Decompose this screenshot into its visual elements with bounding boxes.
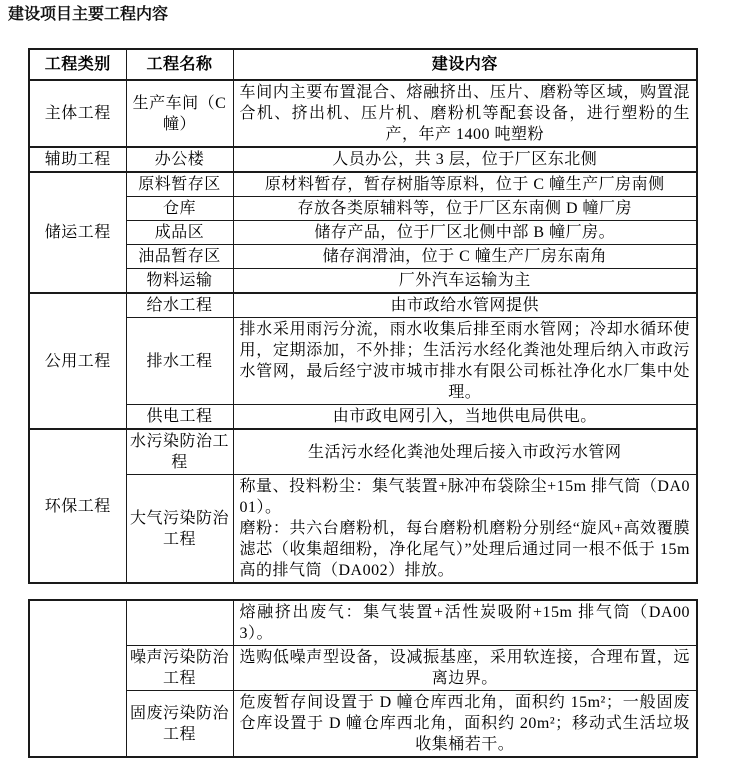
category-cell: 主体工程 (29, 80, 126, 147)
table-row: 环保工程水污染防治工程生活污水经化粪池处理后接入市政污水管网 (29, 429, 697, 475)
project-name-cell: 油品暂存区 (126, 245, 233, 269)
category-cell: 公用工程 (29, 293, 126, 429)
content-cell: 熔融挤出废气：集气装置+活性炭吸附+15m 排气筒（DA003）。 (233, 600, 697, 646)
table-row: 大气污染防治工程称量、投料粉尘：集气装置+脉冲布袋除尘+15m 排气筒（DA00… (29, 475, 697, 584)
content-paragraph: 由市政给水管网提供 (240, 295, 691, 316)
content-paragraph: 储存产品，位于厂区北侧中部 B 幢厂房。 (240, 222, 691, 243)
content-cell: 选购低噪声型设备，设减振基座，采用软连接，合理布置，远离边界。 (233, 646, 697, 691)
project-name-cell: 给水工程 (126, 293, 233, 318)
project-name-cell: 成品区 (126, 221, 233, 245)
table-header-row: 工程类别工程名称建设内容 (29, 49, 697, 80)
table-row: 熔融挤出废气：集气装置+活性炭吸附+15m 排气筒（DA003）。 (29, 600, 697, 646)
project-name-cell: 水污染防治工程 (126, 429, 233, 475)
table-body: 主体工程生产车间（C幢）车间内主要布置混合、熔融挤出、压片、磨粉等区域，购置混合… (29, 80, 697, 583)
table-row: 供电工程由市政电网引入，当地供电局供电。 (29, 405, 697, 430)
column-header-1: 工程类别 (29, 49, 126, 80)
content-paragraph: 存放各类原辅料等，位于厂区东南侧 D 幢厂房 (240, 198, 691, 219)
table-row: 成品区储存产品，位于厂区北侧中部 B 幢厂房。 (29, 221, 697, 245)
content-cell: 储存润滑油，位于 C 幢生产厂房东南角 (233, 245, 697, 269)
table-row: 排水工程排水采用雨污分流，雨水收集后排至雨水管网；冷却水循环使用，定期添加，不外… (29, 318, 697, 405)
page-title: 建设项目主要工程内容 (8, 6, 736, 24)
table-row: 仓库存放各类原辅料等，位于厂区东南侧 D 幢厂房 (29, 197, 697, 221)
table-body: 熔融挤出废气：集气装置+活性炭吸附+15m 排气筒（DA003）。噪声污染防治工… (29, 600, 697, 757)
main-table: 工程类别工程名称建设内容 主体工程生产车间（C幢）车间内主要布置混合、熔融挤出、… (28, 48, 698, 584)
table-row: 物料运输厂外汽车运输为主 (29, 269, 697, 294)
content-paragraph: 厂外汽车运输为主 (240, 270, 691, 291)
table-row: 公用工程给水工程由市政给水管网提供 (29, 293, 697, 318)
continuation-table: 熔融挤出废气：集气装置+活性炭吸附+15m 排气筒（DA003）。噪声污染防治工… (28, 599, 698, 758)
project-name-cell: 仓库 (126, 197, 233, 221)
content-cell: 存放各类原辅料等，位于厂区东南侧 D 幢厂房 (233, 197, 697, 221)
content-paragraph: 原材料暂存，暂存树脂等原料，位于 C 幢生产厂房南侧 (240, 174, 691, 195)
document-page: 建设项目主要工程内容 工程类别工程名称建设内容 主体工程生产车间（C幢）车间内主… (0, 0, 736, 779)
content-cell: 由市政电网引入，当地供电局供电。 (233, 405, 697, 430)
column-header-2: 工程名称 (126, 49, 233, 80)
content-cell: 由市政给水管网提供 (233, 293, 697, 318)
content-cell: 生活污水经化粪池处理后接入市政污水管网 (233, 429, 697, 475)
table-row: 储运工程原料暂存区原材料暂存，暂存树脂等原料，位于 C 幢生产厂房南侧 (29, 172, 697, 197)
content-paragraph: 称量、投料粉尘：集气装置+脉冲布袋除尘+15m 排气筒（DA001）。 (240, 476, 691, 518)
content-paragraph: 人员办公，共 3 层，位于厂区东北侧 (240, 149, 691, 170)
project-name-cell: 排水工程 (126, 318, 233, 405)
content-paragraph: 车间内主要布置混合、熔融挤出、压片、磨粉等区域，购置混合机、挤出机、压片机、磨粉… (240, 82, 691, 145)
table-row: 噪声污染防治工程选购低噪声型设备，设减振基座，采用软连接，合理布置，远离边界。 (29, 646, 697, 691)
content-cell: 称量、投料粉尘：集气装置+脉冲布袋除尘+15m 排气筒（DA001）。磨粉：共六… (233, 475, 697, 584)
category-cell: 辅助工程 (29, 147, 126, 172)
category-cell: 储运工程 (29, 172, 126, 293)
project-name-cell: 物料运输 (126, 269, 233, 294)
table-row: 辅助工程办公楼人员办公，共 3 层，位于厂区东北侧 (29, 147, 697, 172)
content-cell: 储存产品，位于厂区北侧中部 B 幢厂房。 (233, 221, 697, 245)
content-paragraph: 生活污水经化粪池处理后接入市政污水管网 (240, 442, 691, 463)
table-row: 油品暂存区储存润滑油，位于 C 幢生产厂房东南角 (29, 245, 697, 269)
content-paragraph: 熔融挤出废气：集气装置+活性炭吸附+15m 排气筒（DA003）。 (240, 602, 691, 644)
content-paragraph: 由市政电网引入，当地供电局供电。 (240, 406, 691, 427)
category-cell: 环保工程 (29, 429, 126, 583)
project-name-cell (126, 600, 233, 646)
column-header-3: 建设内容 (233, 49, 697, 80)
header-row: 工程类别工程名称建设内容 (29, 49, 697, 80)
content-paragraph: 排水采用雨污分流，雨水收集后排至雨水管网；冷却水循环使用，定期添加，不外排；生活… (240, 319, 691, 403)
content-cell: 排水采用雨污分流，雨水收集后排至雨水管网；冷却水循环使用，定期添加，不外排；生活… (233, 318, 697, 405)
category-cell (29, 600, 126, 757)
content-cell: 原材料暂存，暂存树脂等原料，位于 C 幢生产厂房南侧 (233, 172, 697, 197)
project-name-cell: 生产车间（C幢） (126, 80, 233, 147)
project-name-cell: 噪声污染防治工程 (126, 646, 233, 691)
content-cell: 车间内主要布置混合、熔融挤出、压片、磨粉等区域，购置混合机、挤出机、压片机、磨粉… (233, 80, 697, 147)
content-paragraph: 危废暂存间设置于 D 幢仓库西北角，面积约 15m²；一般固废仓库设置于 D 幢… (240, 692, 691, 755)
project-name-cell: 固废污染防治工程 (126, 691, 233, 758)
content-paragraph: 磨粉：共六台磨粉机，每台磨粉机磨粉分别经“旋风+高效覆膜滤芯（收集超细粉，净化尾… (240, 518, 691, 581)
content-cell: 厂外汽车运输为主 (233, 269, 697, 294)
content-cell: 人员办公，共 3 层，位于厂区东北侧 (233, 147, 697, 172)
content-paragraph: 储存润滑油，位于 C 幢生产厂房东南角 (240, 246, 691, 267)
content-paragraph: 选购低噪声型设备，设减振基座，采用软连接，合理布置，远离边界。 (240, 647, 691, 689)
table-row: 固废污染防治工程危废暂存间设置于 D 幢仓库西北角，面积约 15m²；一般固废仓… (29, 691, 697, 758)
project-name-cell: 大气污染防治工程 (126, 475, 233, 584)
table-row: 主体工程生产车间（C幢）车间内主要布置混合、熔融挤出、压片、磨粉等区域，购置混合… (29, 80, 697, 147)
content-cell: 危废暂存间设置于 D 幢仓库西北角，面积约 15m²；一般固废仓库设置于 D 幢… (233, 691, 697, 758)
project-name-cell: 原料暂存区 (126, 172, 233, 197)
project-name-cell: 供电工程 (126, 405, 233, 430)
project-name-cell: 办公楼 (126, 147, 233, 172)
